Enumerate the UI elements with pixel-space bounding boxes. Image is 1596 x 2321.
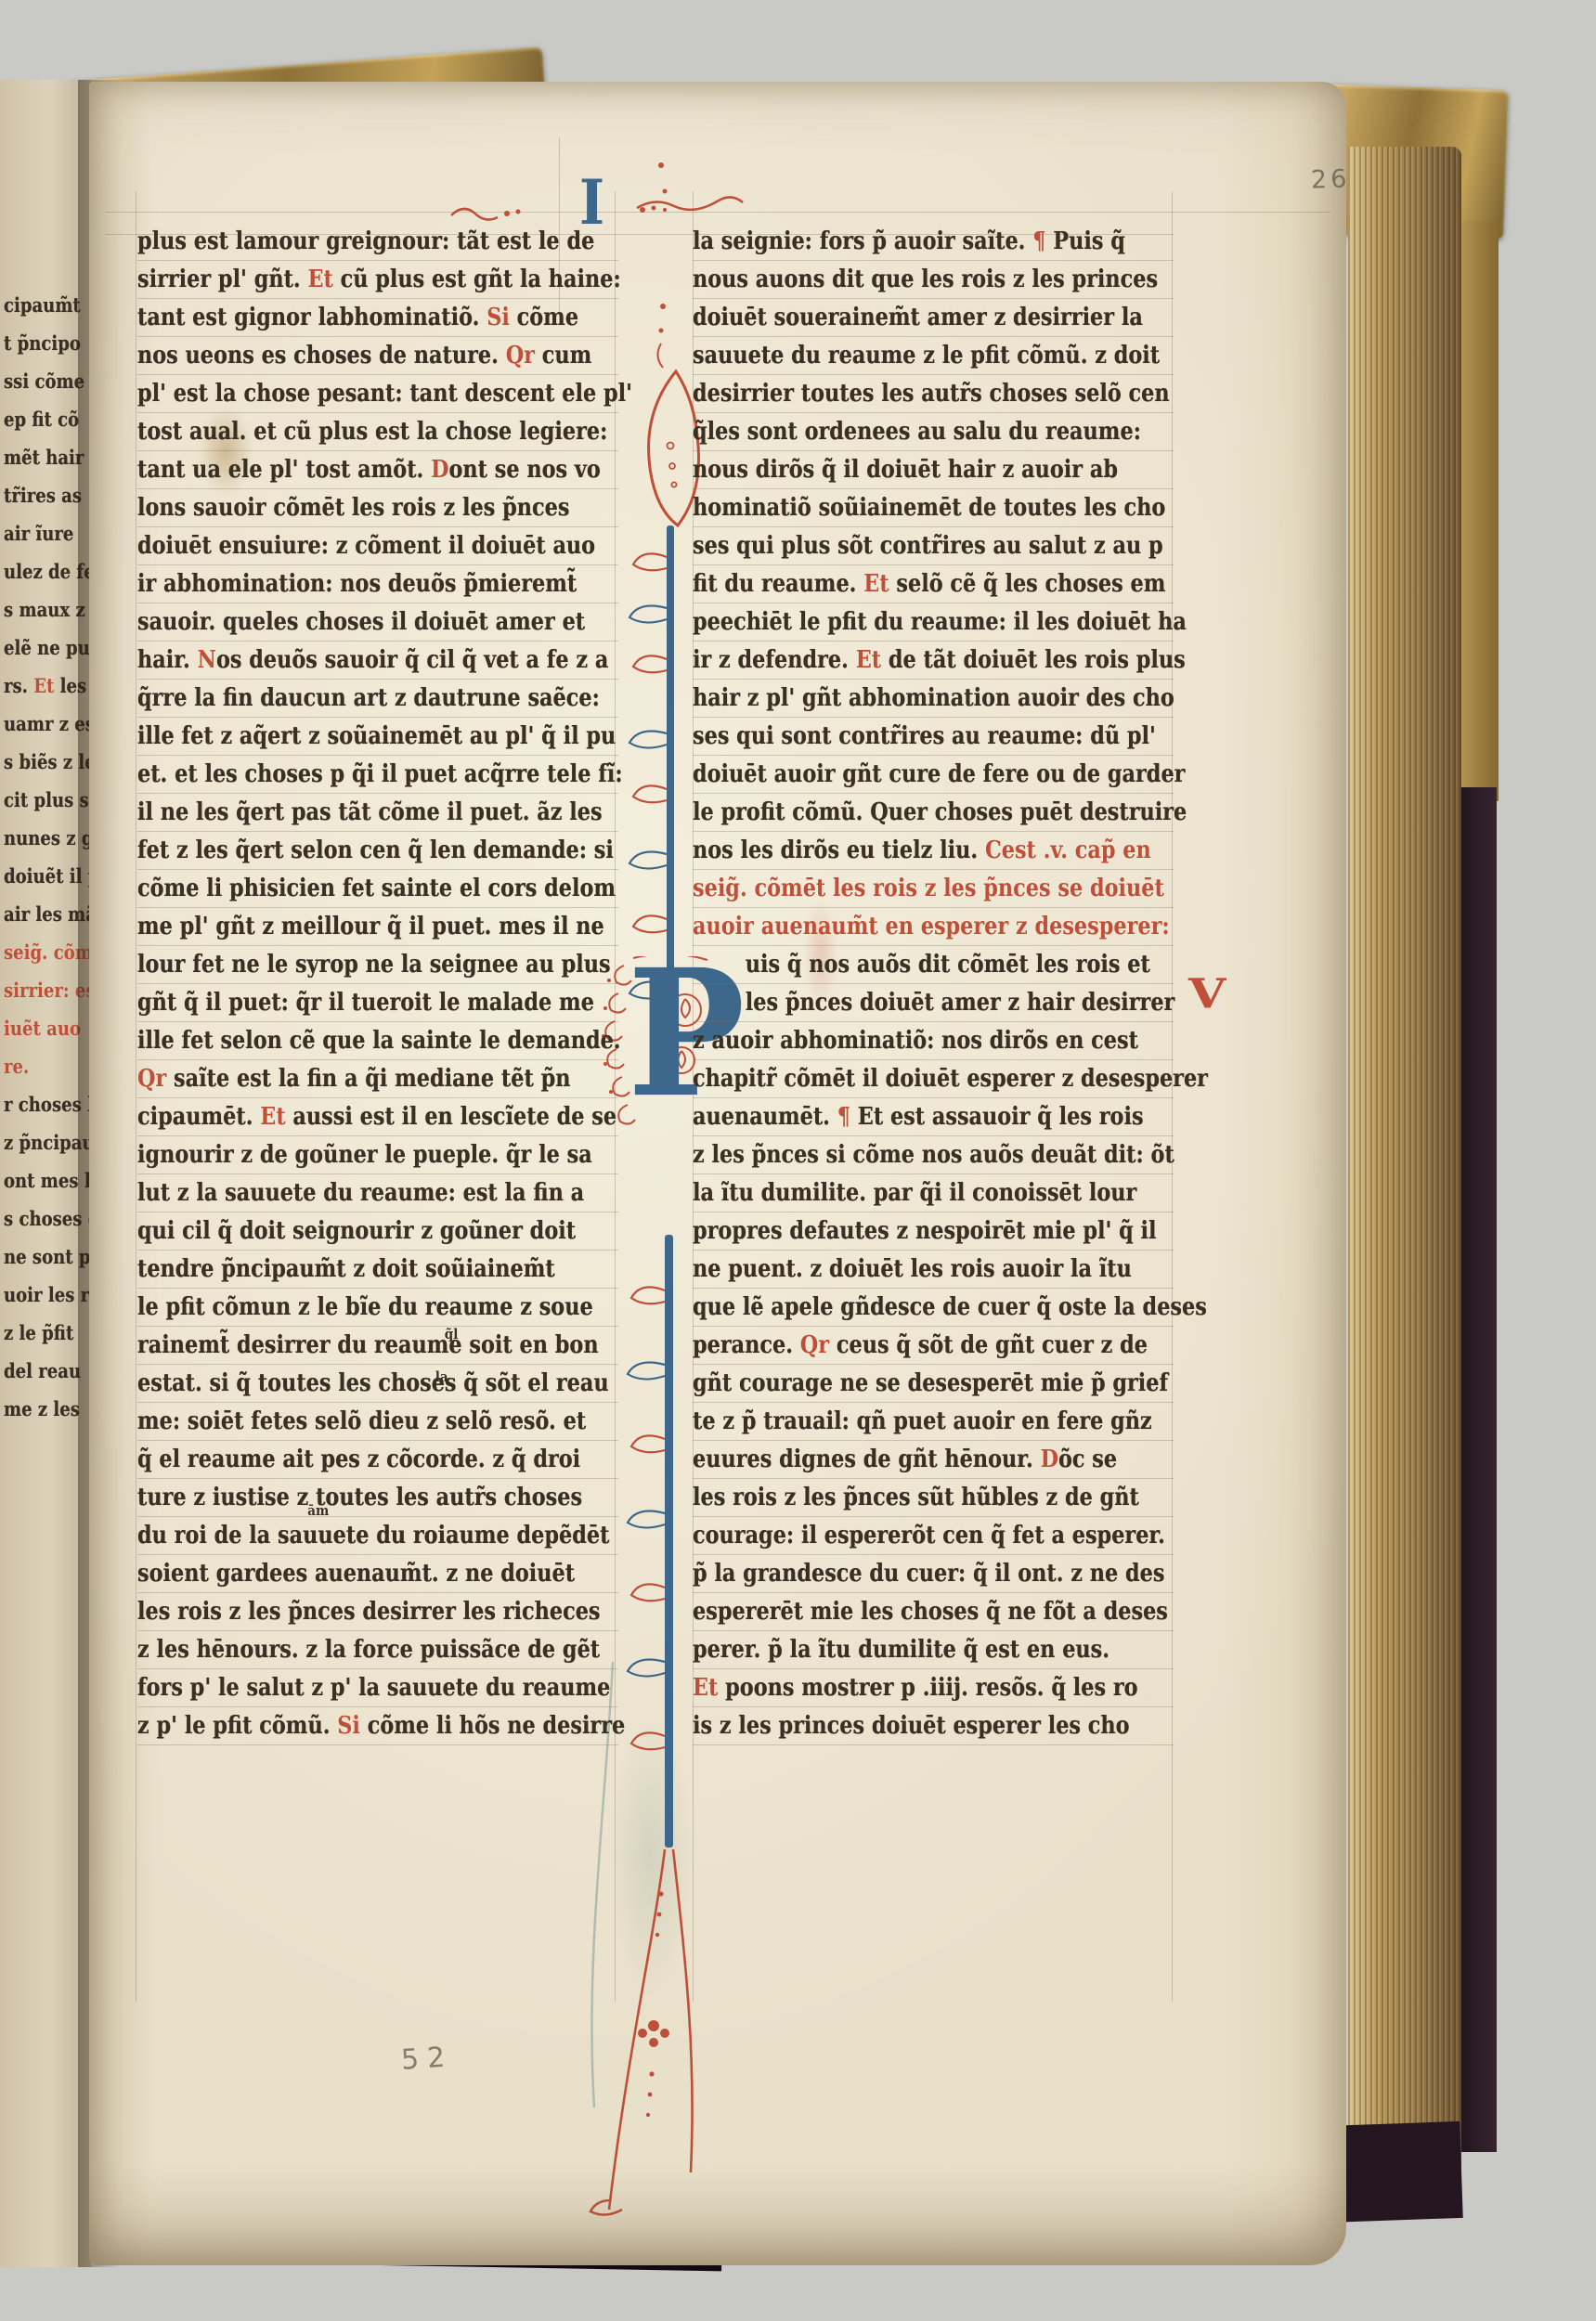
text-line: les p̃nces doiuēt amer z hair desirrer — [693, 984, 1106, 1022]
text-line: z les hēnours. z la force puissãce de gẽ… — [137, 1631, 551, 1669]
text-line: perance. Qr ceus q̃ sõt de gñt cuer z de — [693, 1327, 1106, 1365]
text-line: lour fet ne le syrop ne la seignee au pl… — [137, 946, 551, 984]
text-line: is z les princes doiuēt esperer les cho — [693, 1707, 1106, 1745]
text-line: chapitr̃ cõmēt il doiuēt esperer z deses… — [693, 1060, 1106, 1098]
text-line: ses qui sont contr̃ires au reaume: dũ pl… — [693, 718, 1106, 756]
text-line: lut z la sauuete du reaume: est la fin a — [137, 1174, 551, 1212]
text-line: pl' est la chose pesant: tant descent el… — [137, 375, 551, 413]
text-line: plus est lamour greignour: tãt est le de — [137, 223, 551, 261]
text-line: q̃rre la fin daucun art z dautrune saẽce… — [137, 680, 551, 718]
margin-guide-letter: V — [1188, 970, 1226, 1018]
text-line: qui cil q̃ doit seignourir z goũner doit — [137, 1212, 551, 1251]
folio-number: 26 — [1310, 164, 1350, 194]
text-line: desirrier toutes les autr̃s choses selõ … — [693, 375, 1106, 413]
ruling-left-col-left — [136, 191, 136, 2002]
text-line: ignourir z de goũner le pueple. q̃r le s… — [137, 1136, 551, 1174]
text-line: fors p' le salut z p' la sauuete du reau… — [137, 1669, 551, 1707]
text-line: la seignie: fors p̃ auoir saĩte. ¶ Puis … — [693, 223, 1106, 261]
text-line: le profit cõmũ. Quer choses puēt destrui… — [693, 794, 1106, 832]
text-line: la ĩtu dumilite. par q̃i il conoissēt lo… — [693, 1174, 1106, 1212]
text-line: et. et les choses p q̃i il puet acq̃rre … — [137, 756, 551, 794]
text-line: p̃ la grandesce du cuer: q̃ il ont. z ne… — [693, 1555, 1106, 1593]
text-line: hominatiõ soũiainemēt de toutes les cho — [693, 489, 1106, 527]
text-column-left: plus est lamour greignour: tãt est le de… — [137, 223, 618, 1745]
text-line: nos ueons es choses de nature. Qr cum — [137, 337, 551, 375]
interlinear-gloss: ām — [307, 1502, 329, 1519]
text-line: doiuēt ensuiure: z cõment il doiuēt auo — [137, 527, 551, 565]
text-line: z p' le pfit cõmũ. Si cõme li hõs ne des… — [137, 1707, 551, 1745]
interlinear-gloss: q̃l — [445, 1326, 459, 1342]
text-line: gñt q̃ il puet: q̃r il tueroit le malade… — [137, 984, 551, 1022]
quire-signature: 52 — [400, 2041, 454, 2077]
manuscript-page: I — [89, 82, 1346, 2265]
text-line: espererēt mie les choses q̃ ne fõt a des… — [693, 1593, 1106, 1631]
text-line: perer. p̃ la ĩtu dumilite q̃ est en eus. — [693, 1631, 1106, 1669]
text-line: peechiēt le pfit du reaume: il les doiuē… — [693, 603, 1106, 642]
text-line: euures dignes de gñt hēnour. Dõc se — [693, 1441, 1106, 1479]
text-line: ne puent. z doiuēt les rois auoir la ĩtu — [693, 1251, 1106, 1289]
text-line: ille fet z aq̃ert z soũainemēt au pl' q̃… — [137, 718, 551, 756]
text-line: ir abhomination: nos deuõs p̃mieremt̃ — [137, 565, 551, 603]
book-fore-edge-pages — [1348, 147, 1461, 2182]
text-line: Et poons mostrer p .iiij. resõs. q̃ les … — [693, 1669, 1106, 1707]
text-line: tost aual. et cũ plus est la chose legie… — [137, 413, 551, 451]
text-line: me pl' gñt z meillour q̃ il puet. mes il… — [137, 908, 551, 946]
text-line: sauoir. queles choses il doiuēt amer et — [137, 603, 551, 642]
text-line: q̃ el reaume ait pes z cõcorde. z q̃ dro… — [137, 1441, 551, 1479]
text-line: lons sauoir cõmēt les rois z les p̃nces — [137, 489, 551, 527]
text-line: fit du reaume. Et selõ cẽ q̃ les choses … — [693, 565, 1106, 603]
text-line: me: soiēt fetes selõ dieu z selõ resõ. e… — [137, 1403, 551, 1441]
text-line: ir z defendre. Et de tãt doiuēt les rois… — [693, 642, 1106, 680]
text-line: auenaumēt. ¶ Et est assauoir q̃ les rois — [693, 1098, 1106, 1136]
text-line: sirrier pl' gñt. Et cũ plus est gñt la h… — [137, 261, 551, 299]
text-line: z auoir abhominatiõ: nos dirõs en cest — [693, 1022, 1106, 1060]
text-line: cipaumēt. Et aussi est il en lescĩete de… — [137, 1098, 551, 1136]
text-line: ille fet selon cẽ que la sainte le deman… — [137, 1022, 551, 1060]
text-line: tendre p̃ncipaum̃t z doit soũiainem̃t — [137, 1251, 551, 1289]
text-line: estat. si q̃ toutes les choses q̃ sõt el… — [137, 1365, 551, 1403]
text-line: uis q̃ nos auõs dit cõmēt les rois et — [693, 946, 1106, 984]
text-line: tant ua ele pl' tost amõt. Dont se nos v… — [137, 451, 551, 489]
text-line: les rois z les p̃nces desirrer les riche… — [137, 1593, 551, 1631]
text-line: il ne les q̃ert pas tãt cõme il puet. ãz… — [137, 794, 551, 832]
text-line: hair z pl' gñt abhomination auoir des ch… — [693, 680, 1106, 718]
text-line: soient gardees auenaum̃t. z ne doiuēt — [137, 1555, 551, 1593]
manuscript-photo: { "document": { "description": "photogra… — [0, 0, 1596, 2321]
text-line: auoir auenaum̃t en esperer z desesperer: — [693, 908, 1106, 946]
text-line: doiuēt souerainem̃t amer z desirrier la — [693, 299, 1106, 337]
text-line: nous auons dit que les rois z les prince… — [693, 261, 1106, 299]
text-line: du roi de la sauuete du roiaume depẽdēt — [137, 1517, 551, 1555]
text-line: le pfit cõmun z le bĩe du reaume z soue — [137, 1289, 551, 1327]
text-line: ture z iustise z toutes les autr̃s chose… — [137, 1479, 551, 1517]
text-line: ses qui plus sõt contr̃ires au salut z a… — [693, 527, 1106, 565]
text-line: que lẽ apele gñdesce de cuer q̃ oste la … — [693, 1289, 1106, 1327]
text-line: te z p̃ trauail: qñ puet auoir en fere g… — [693, 1403, 1106, 1441]
text-column-right: la seignie: fors p̃ auoir saĩte. ¶ Puis … — [693, 223, 1174, 1745]
text-line: nos les dirõs eu tielz liu. Cest .v. cap… — [693, 832, 1106, 870]
text-line: les rois z les p̃nces sũt hũbles z de gñ… — [693, 1479, 1106, 1517]
text-line: propres defautes z nespoirēt mie pl' q̃ … — [693, 1212, 1106, 1251]
text-line: seig̃. cõmēt les rois z les p̃nces se do… — [693, 870, 1106, 908]
text-line: hair. Nos deuõs sauoir q̃ cil q̃ vet a f… — [137, 642, 551, 680]
text-line: gñt courage ne se desesperēt mie p̃ grie… — [693, 1365, 1106, 1403]
text-line: tant est gignor labhominatiõ. Si cõme — [137, 299, 551, 337]
text-line: courage: il espererõt cen q̃ fet a esper… — [693, 1517, 1106, 1555]
interlinear-gloss: la — [435, 1368, 448, 1385]
text-line: q̃les sont ordenees au salu du reaume: — [693, 413, 1106, 451]
text-line: z les p̃nces si cõme nos auõs deuãt dit:… — [693, 1136, 1106, 1174]
text-line: fet z les q̃ert selon cen q̃ len demande… — [137, 832, 551, 870]
text-line: sauuete du reaume z le pfit cõmũ. z doit — [693, 337, 1106, 375]
text-line: cõme li phisicien fet sainte el cors del… — [137, 870, 551, 908]
text-line: rainemt̃ desirrer du reaume soit en bon — [137, 1327, 551, 1365]
text-line: Qr saĩte est la fin a q̃i mediane tẽt p̃… — [137, 1060, 551, 1098]
text-line: nous dirõs q̃ il doiuēt hair z auoir ab — [693, 451, 1106, 489]
text-line: doiuēt auoir gñt cure de fere ou de gard… — [693, 756, 1106, 794]
